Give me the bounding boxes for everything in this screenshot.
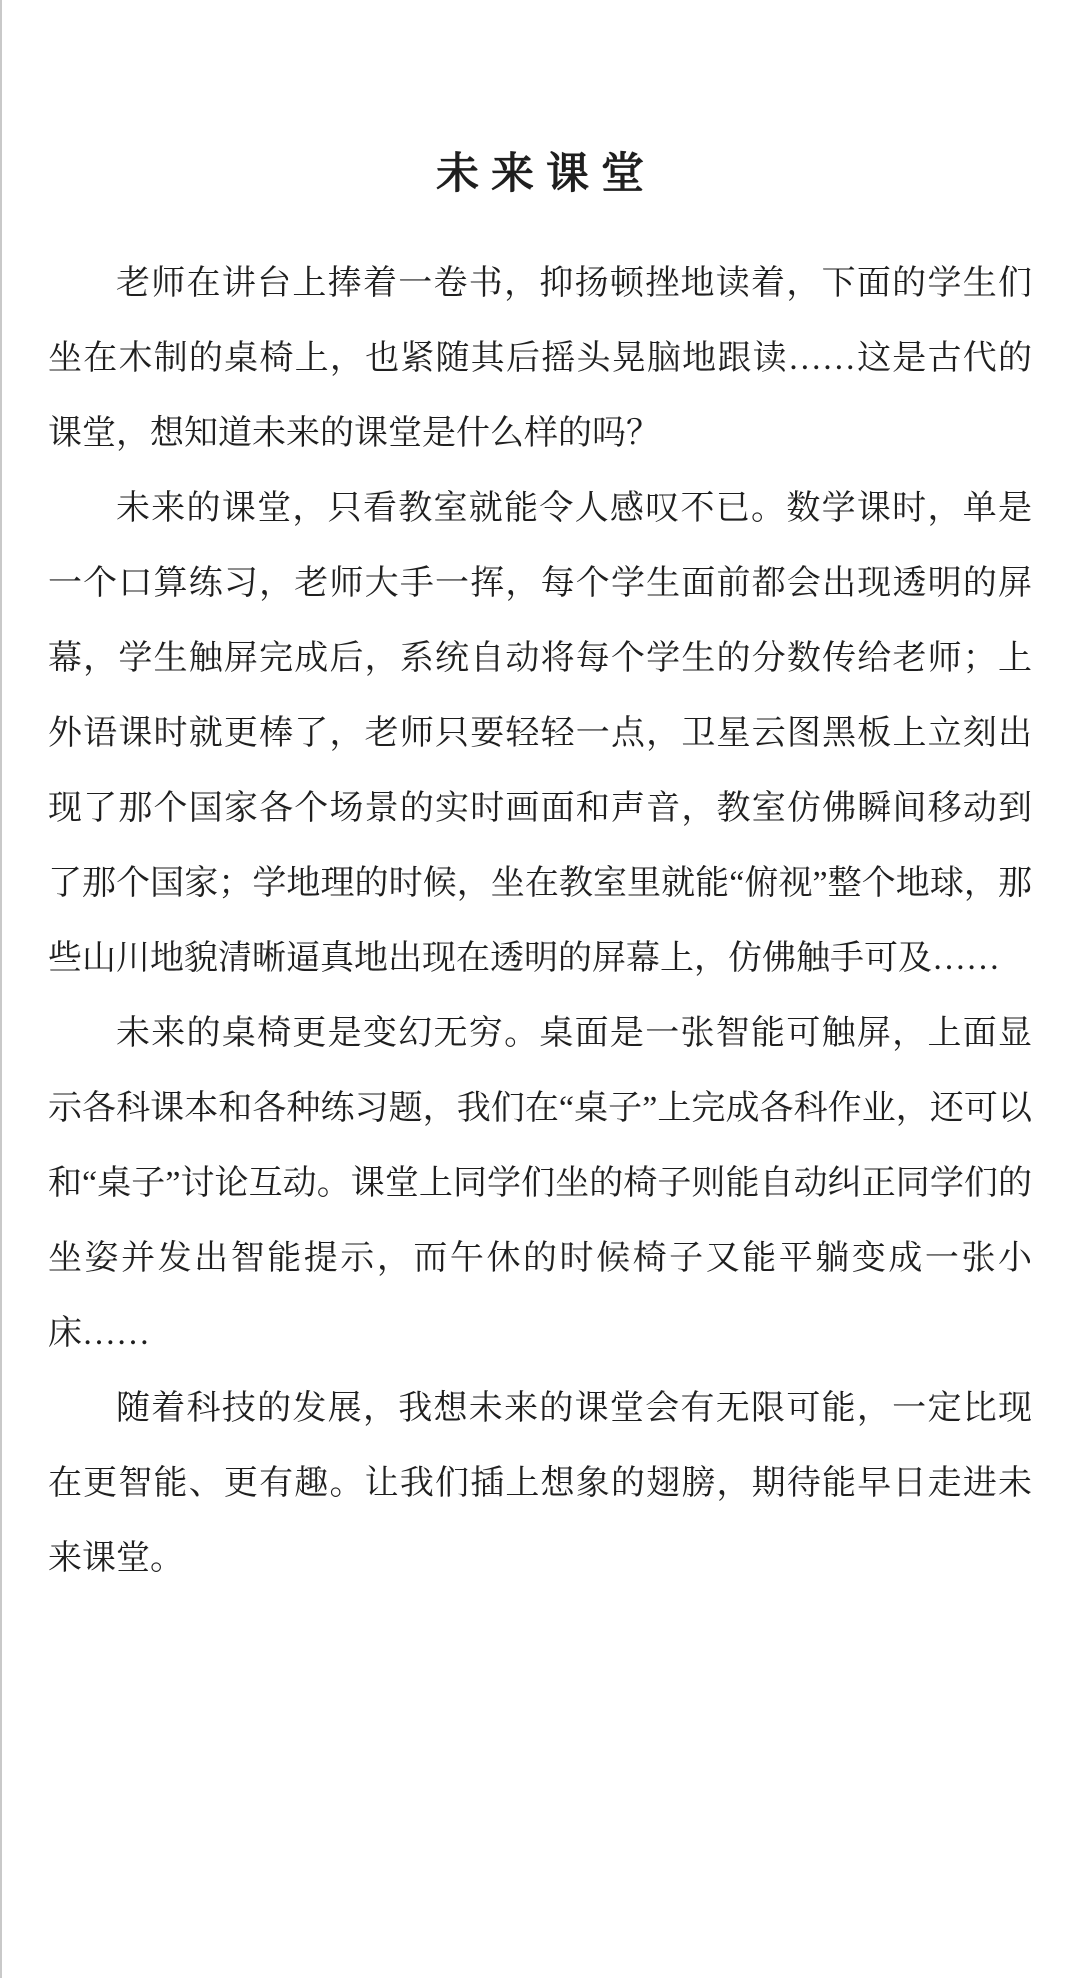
paragraph-conclusion: 随着科技的发展，我想未来的课堂会有无限可能，一定比现在更智能、更有趣。让我们插上… [48,1371,1032,1596]
page-scan-edge [0,0,2,1978]
document-title: 未来课堂 [0,0,1080,200]
paragraph-smart-desks-chairs: 未来的桌椅更是变幻无穷。桌面是一张智能可触屏，上面显示各科课本和各种练习题，我们… [48,996,1032,1371]
document-page: 未来课堂 老师在讲台上捧着一卷书，抑扬顿挫地读着，下面的学生们坐在木制的桌椅上，… [0,0,1080,1978]
paragraph-future-classroom-subjects: 未来的课堂，只看教室就能令人感叹不已。数学课时，单是一个口算练习，老师大手一挥，… [48,471,1032,996]
paragraph-intro-ancient-classroom: 老师在讲台上捧着一卷书，抑扬顿挫地读着，下面的学生们坐在木制的桌椅上，也紧随其后… [48,246,1032,471]
document-body: 老师在讲台上捧着一卷书，抑扬顿挫地读着，下面的学生们坐在木制的桌椅上，也紧随其后… [48,246,1032,1596]
